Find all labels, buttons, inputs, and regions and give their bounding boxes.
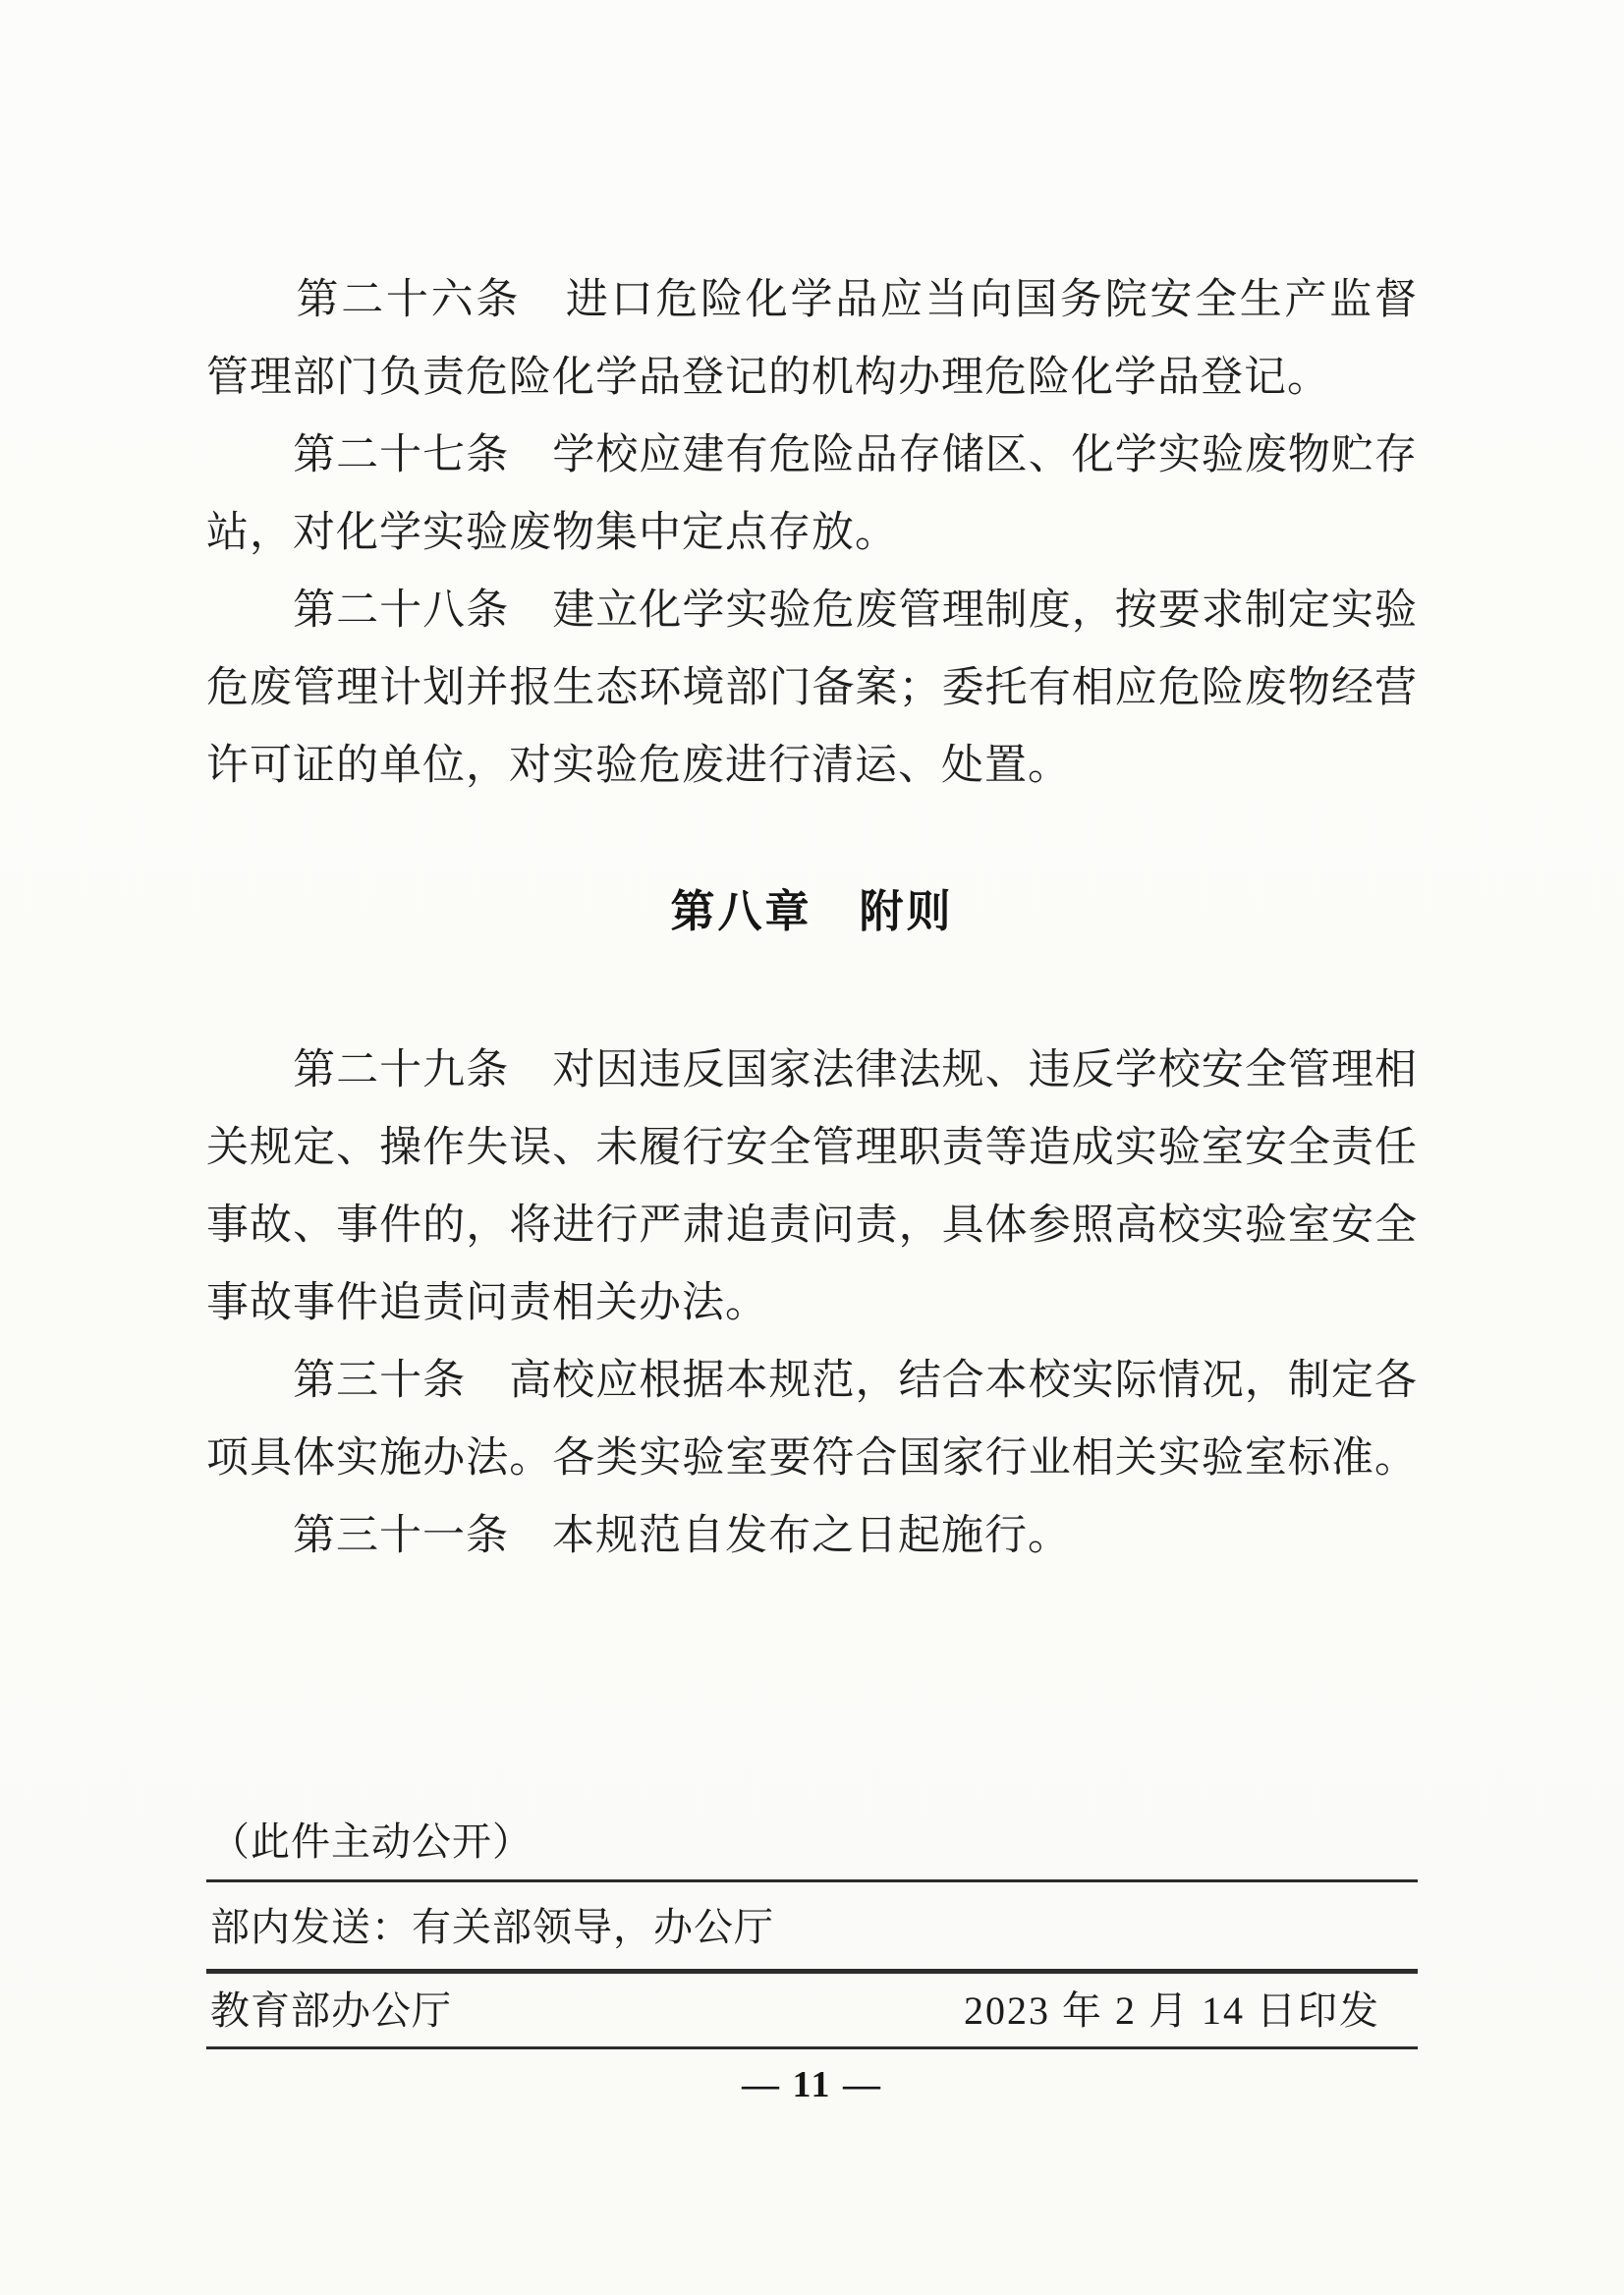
print-date: 2023 年 2 月 14 日印发: [964, 1984, 1380, 2039]
text-line: 第二十七条 学校应建有危险品存储区、化学实验废物贮存: [206, 417, 1418, 494]
text-line: 许可证的单位，对实验危废进行清运、处置。: [206, 727, 1418, 805]
disclosure-note: （此件主动公开）: [206, 1815, 1418, 1882]
text-line: 第二十九条 对因违反国家法律法规、违反学校安全管理相: [206, 1032, 1418, 1109]
text-line: 事故、事件的，将进行严肃追责问责，具体参照高校实验室安全: [206, 1187, 1418, 1264]
page-number: — 11 —: [206, 2049, 1418, 2106]
text-line: 关规定、操作失误、未履行安全管理职责等造成实验室安全责任: [206, 1109, 1418, 1187]
text-line: 第二十八条 建立化学实验危废管理制度，按要求制定实验: [206, 572, 1418, 649]
section-articles-26-28: 第二十六条 进口危险化学品应当向国务院安全生产监督管理部门负责危险化学品登记的机…: [206, 261, 1418, 805]
text-line: 管理部门负责危险化学品登记的机构办理危险化学品登记。: [206, 339, 1418, 417]
text-line: 事故事件追责问责相关办法。: [206, 1264, 1418, 1342]
document-footer: （此件主动公开） 部内发送：有关部领导，办公厅 教育部办公厅 2023 年 2 …: [206, 1815, 1418, 2106]
text-line: 第二十六条 进口危险化学品应当向国务院安全生产监督: [206, 261, 1418, 339]
text-line: 项具体实施办法。各类实验室要符合国家行业相关实验室标准。: [206, 1420, 1418, 1497]
document-body: 第二十六条 进口危险化学品应当向国务院安全生产监督管理部门负责危险化学品登记的机…: [206, 261, 1418, 1575]
text-line: 第三十一条 本规范自发布之日起施行。: [206, 1497, 1418, 1575]
text-line: 站，对化学实验废物集中定点存放。: [206, 494, 1418, 572]
issuer-row: 教育部办公厅 2023 年 2 月 14 日印发: [206, 1974, 1418, 2049]
section-articles-29-31: 第二十九条 对因违反国家法律法规、违反学校安全管理相关规定、操作失误、未履行安全…: [206, 1032, 1418, 1575]
text-line: 危废管理计划并报生态环境部门备案；委托有相应危险废物经营: [206, 649, 1418, 727]
chapter-heading: 第八章 附则: [206, 872, 1418, 950]
issuer-name: 教育部办公厅: [210, 1984, 452, 2039]
text-line: 第三十条 高校应根据本规范，结合本校实际情况，制定各: [206, 1342, 1418, 1420]
distribution-line: 部内发送：有关部领导，办公厅: [206, 1882, 1418, 1974]
